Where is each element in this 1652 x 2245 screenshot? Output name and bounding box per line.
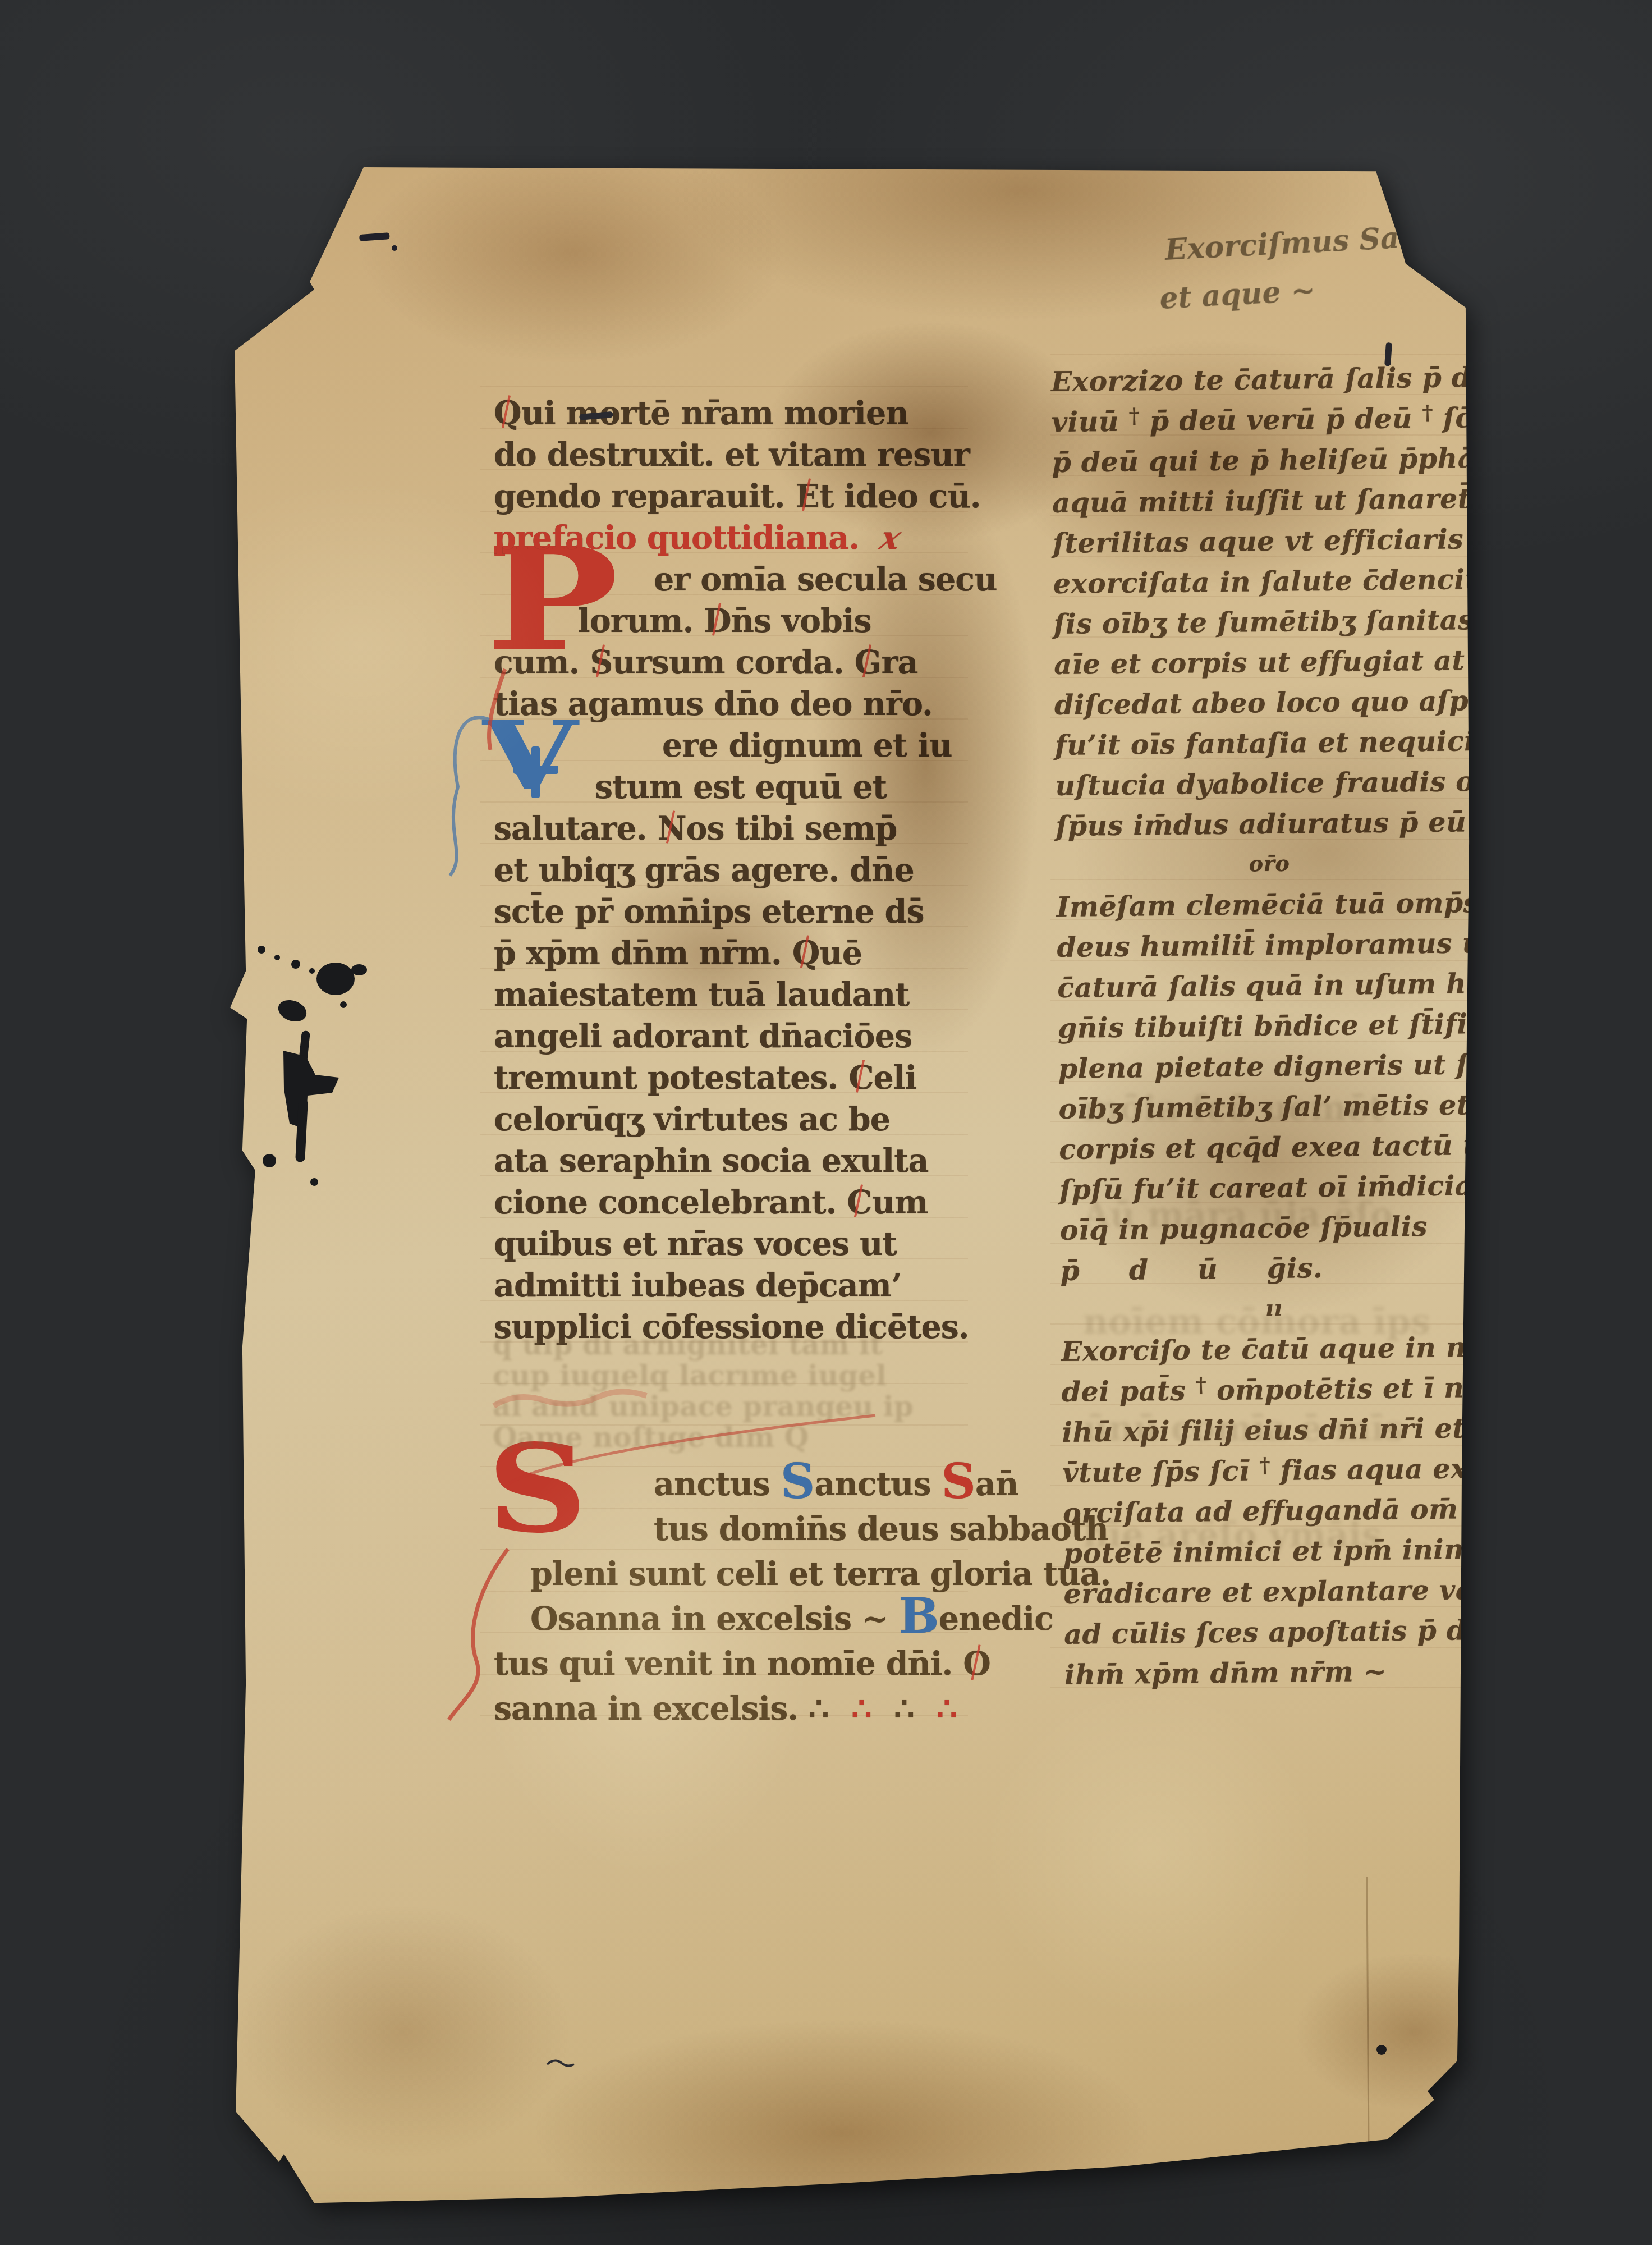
manuscript-text-line: sct̄e pr̄ omn̄ips eterne ds̄ xyxy=(494,891,971,933)
manuscript-text-line: ſp̄us im̄dus adiuratus p̄ eū q̄ vēt’ xyxy=(1056,801,1483,846)
photo-backdrop: Exorciſmus Sa et aque ~ P V S Qui mortē … xyxy=(0,0,1652,2245)
dash-mark xyxy=(359,232,390,241)
manuscript-text-line: p̄ deū qui te p̄ heliſeū p̄phām xyxy=(1052,438,1479,483)
manuscript-text-line: maiestatem tuā laudant xyxy=(494,974,971,1016)
manuscript-text-line: prefacio quottidiana. x xyxy=(494,517,971,559)
manuscript-text-line: diſcedat abeo loco quo aſperſ xyxy=(1054,680,1481,725)
manuscript-text-line: Osanna in excelsis ~ Benedic xyxy=(530,1597,976,1642)
manuscript-text-line: Qui mortē nr̄am morien xyxy=(494,393,971,434)
manuscript-text-line: p̄ xp̄m dn̄m nr̄m. Quē xyxy=(494,933,971,974)
manuscript-text-line: ad cūlis ſces apoſtatis p̄ dn̄ xyxy=(1064,1610,1491,1655)
manuscript-text-line: sanna in excelsis. ∴ ∴ ∴ ∴ xyxy=(494,1687,976,1731)
header-inscription: Exorciſmus Sa et aque ~ xyxy=(1164,214,1403,323)
manuscript-text-line: do destruxit. et vitam resur xyxy=(494,434,971,476)
left-text-column: Qui mortē nr̄am moriendo destruxit. et v… xyxy=(494,393,971,1348)
manuscript-text-line: fu’it oīs fantaſia et nequicia xyxy=(1054,721,1481,766)
manuscript-text-line: aīe et corpis ut effugiat at xyxy=(1054,640,1481,685)
manuscript-text-line: cione concelebrant. Cum xyxy=(494,1182,971,1224)
show-through-text: mōia ſcō uemētAū māra ūia ēſonoīem cōmor… xyxy=(1083,1055,1476,1588)
manuscript-text-line: deus humilit̄ imploramus ut hanc xyxy=(1057,923,1484,968)
manuscript-text-line: ſis oībʒ te ſumētibʒ ſanitas xyxy=(1053,599,1480,644)
manuscript-text-line: or̄o xyxy=(1056,842,1483,887)
manuscript-text-line: celorūqʒ virtutes ac be xyxy=(494,1099,971,1140)
manuscript-text-line: Imēſam clemēciā tuā omp̄s xyxy=(1056,882,1483,927)
manuscript-text-line: c̄aturā ſalis quā in uſum hu xyxy=(1057,963,1484,1008)
manuscript-text-line: cup iugıelq lacrıme iugel xyxy=(493,1360,964,1391)
manuscript-text-line: er omīa secula secu xyxy=(654,559,971,601)
manuscript-text-line: ata seraphin socia exulta xyxy=(494,1140,971,1182)
manuscript-text-line: anctus Sanctus San̄ xyxy=(654,1462,976,1507)
manuscript-text-line: Aū māra ūia ēſo xyxy=(1083,1162,1476,1268)
manuscript-text-line: Exorzizo te c̄aturā ſalis p̄ deū xyxy=(1051,357,1478,402)
manuscript-text-line: gn̄is tibuiſti bn̄dice et ſt̄ifi xyxy=(1058,1004,1485,1048)
manuscript-text-line: lorum. Dn̄s vobis xyxy=(578,601,971,642)
manuscript-text-line: aquā mitti iuſſit ut ſanaret̄ xyxy=(1052,478,1479,523)
manuscript-text-line: hīe arēſo ymāis xyxy=(1083,1482,1476,1588)
manuscript-text-line: ūnū comīa ē mīs xyxy=(1083,1375,1476,1482)
manuscript-text-line: admitti iubeas dep̄cam’ xyxy=(494,1265,971,1307)
manuscript-text-line: q uip dı arnıgnıteı tam ıt xyxy=(493,1329,964,1360)
manuscript-text-line: ere dignum et iu xyxy=(662,725,971,767)
manuscript-text-line: tias agamus dn̄o deo nr̄o. xyxy=(494,684,971,725)
manuscript-text-line: exorciſata in ſalute c̄denciū xyxy=(1053,559,1480,604)
manuscript-text-line: quibus et nr̄as voces ut xyxy=(494,1224,971,1265)
manuscript-text-line: tus qui venit in nomīe dn̄i. O xyxy=(494,1642,976,1687)
manuscript-text-line: viuū † p̄ deū verū p̄ deū † ſc̄m xyxy=(1051,397,1478,442)
manuscript-text-line: stum est equū et xyxy=(595,767,971,808)
sanctus-text-block: anctus Sanctus San̄tus domin̄s deus sabb… xyxy=(494,1462,976,1731)
manuscript-text-line: noīem cōmora īps xyxy=(1083,1268,1476,1375)
manuscript-text-line: salutare. Nos tibi semp̄ xyxy=(494,808,971,850)
manuscript-text-line: gendo reparauit. Et ideo cū. xyxy=(494,476,971,517)
manuscript-leaf-wrap: Exorciſmus Sa et aque ~ P V S Qui mortē … xyxy=(0,0,1652,2245)
manuscript-text-line: ihm̄ xp̄m dn̄m nr̄m ~ xyxy=(1064,1650,1492,1695)
manuscript-text-line: al amd unipace prangeu ip xyxy=(493,1391,964,1422)
manuscript-text-line: tus domin̄s deus sabbaoth xyxy=(654,1507,976,1552)
manuscript-text-line: tremunt potestates. Celi xyxy=(494,1057,971,1099)
manuscript-text-line: mōia ſcō uemēt xyxy=(1083,1055,1476,1162)
manuscript-text-line: cum. Sursum corda. Gra xyxy=(494,642,971,684)
manuscript-text-line: et ubiqʒ grās agere. dn̄e xyxy=(494,850,971,891)
manuscript-text-line: ſterilitas aque vt efficiaris xyxy=(1053,519,1480,563)
manuscript-text-line: uſtucia dyabolice fraudis oīsq̄ xyxy=(1055,761,1482,806)
manuscript-text-line: Qame noſtıge dım Q xyxy=(493,1422,964,1453)
manuscript-leaf: Exorciſmus Sa et aque ~ P V S Qui mortē … xyxy=(0,0,1652,2245)
manuscript-text-line: angeli adorant dn̄aciōes xyxy=(494,1016,971,1057)
offset-ghost-text: q uip dı arnıgnıteı tam ıtcup iugıelq la… xyxy=(493,1329,964,1453)
